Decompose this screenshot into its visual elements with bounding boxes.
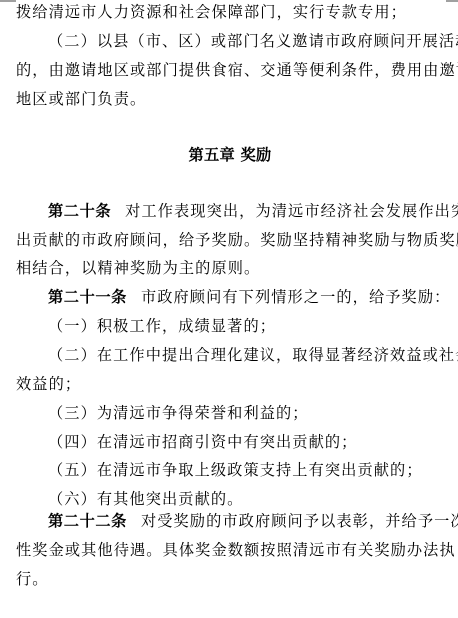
paragraph-line: 拨给清远市人力资源和社会保障部门，实行专款专用； — [16, 0, 407, 27]
list-item: （三）为清远市争得荣誉和利益的； — [48, 399, 309, 428]
list-item: （五）在清远市争取上级政策支持上有突出贡献的； — [48, 456, 423, 485]
list-item-continuation: 效益的； — [16, 370, 81, 399]
paragraph-line: 出贡献的市政府顾问，给予奖励。奖励坚持精神奖励与物质奖励 — [16, 226, 458, 255]
article-text: 对工作表现突出，为清远市经济社会发展作出突 — [125, 202, 458, 220]
article-label: 第二十条 — [48, 202, 111, 220]
article-22-line: 第二十二条对受奖励的市政府顾问予以表彰，并给予一次 — [48, 507, 458, 536]
paragraph-line: 行。 — [16, 565, 49, 594]
article-20-line: 第二十条对工作表现突出，为清远市经济社会发展作出突 — [48, 197, 458, 226]
list-item: （二）在工作中提出合理化建议，取得显著经济效益或社会 — [48, 341, 458, 370]
article-21-line: 第二十一条市政府顾问有下列情形之一的，给予奖励： — [48, 283, 450, 312]
page-corner-mark-right — [446, 0, 458, 2]
article-label: 第二十一条 — [48, 288, 127, 306]
article-text: 对受奖励的市政府顾问予以表彰，并给予一次 — [141, 512, 458, 530]
paragraph-line: （二）以县（市、区）或部门名义邀请市政府顾问开展活动 — [48, 27, 458, 56]
chapter-title: 第五章 奖励 — [16, 141, 444, 170]
paragraph-line: 的，由邀请地区或部门提供食宿、交通等便利条件，费用由邀请 — [16, 56, 458, 85]
article-text: 市政府顾问有下列情形之一的，给予奖励： — [141, 288, 450, 306]
paragraph-line: 性奖金或其他待遇。具体奖金数额按照清远市有关奖励办法执 — [16, 536, 456, 565]
article-label: 第二十二条 — [48, 512, 127, 530]
page-corner-mark-left — [0, 0, 16, 2]
paragraph-line: 相结合，以精神奖励为主的原则。 — [16, 254, 260, 283]
list-item: （四）在清远市招商引资中有突出贡献的； — [48, 428, 357, 457]
list-item: （一）积极工作，成绩显著的； — [48, 312, 276, 341]
paragraph-line: 地区或部门负责。 — [16, 85, 146, 114]
